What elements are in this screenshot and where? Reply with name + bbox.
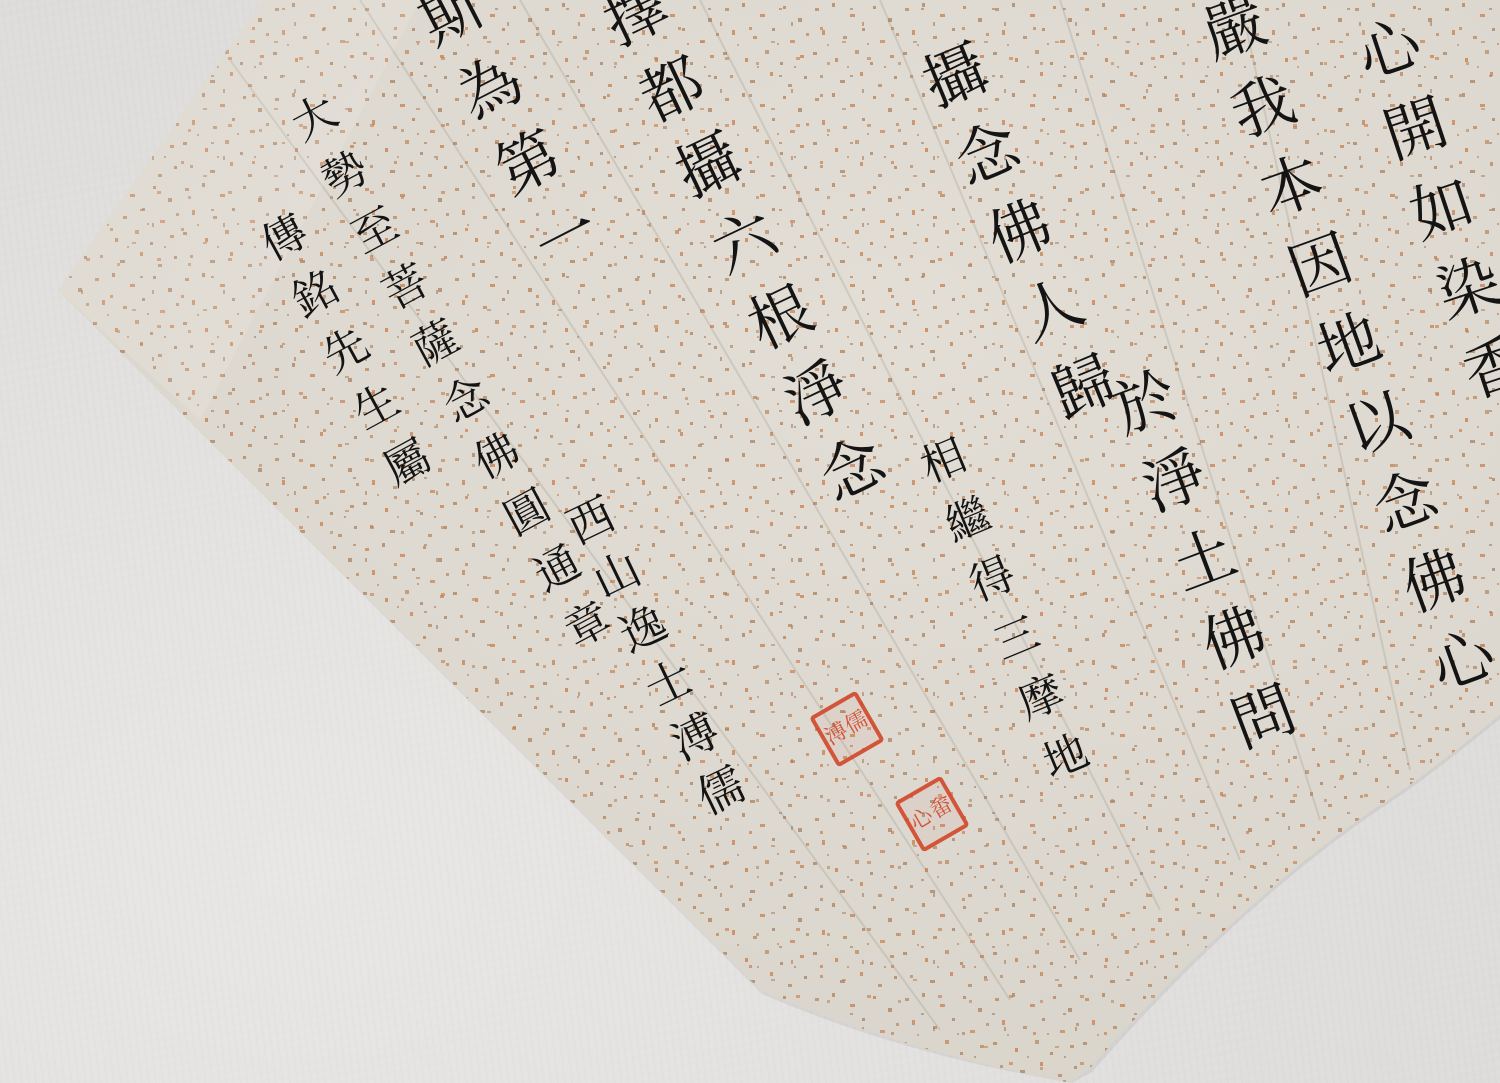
photo-scene: 心開如染香人嚴我本因地以念佛心於淨土佛問攝念佛人歸相繼得三摩地擇都攝六根淨念斯為… bbox=[0, 0, 1500, 1083]
